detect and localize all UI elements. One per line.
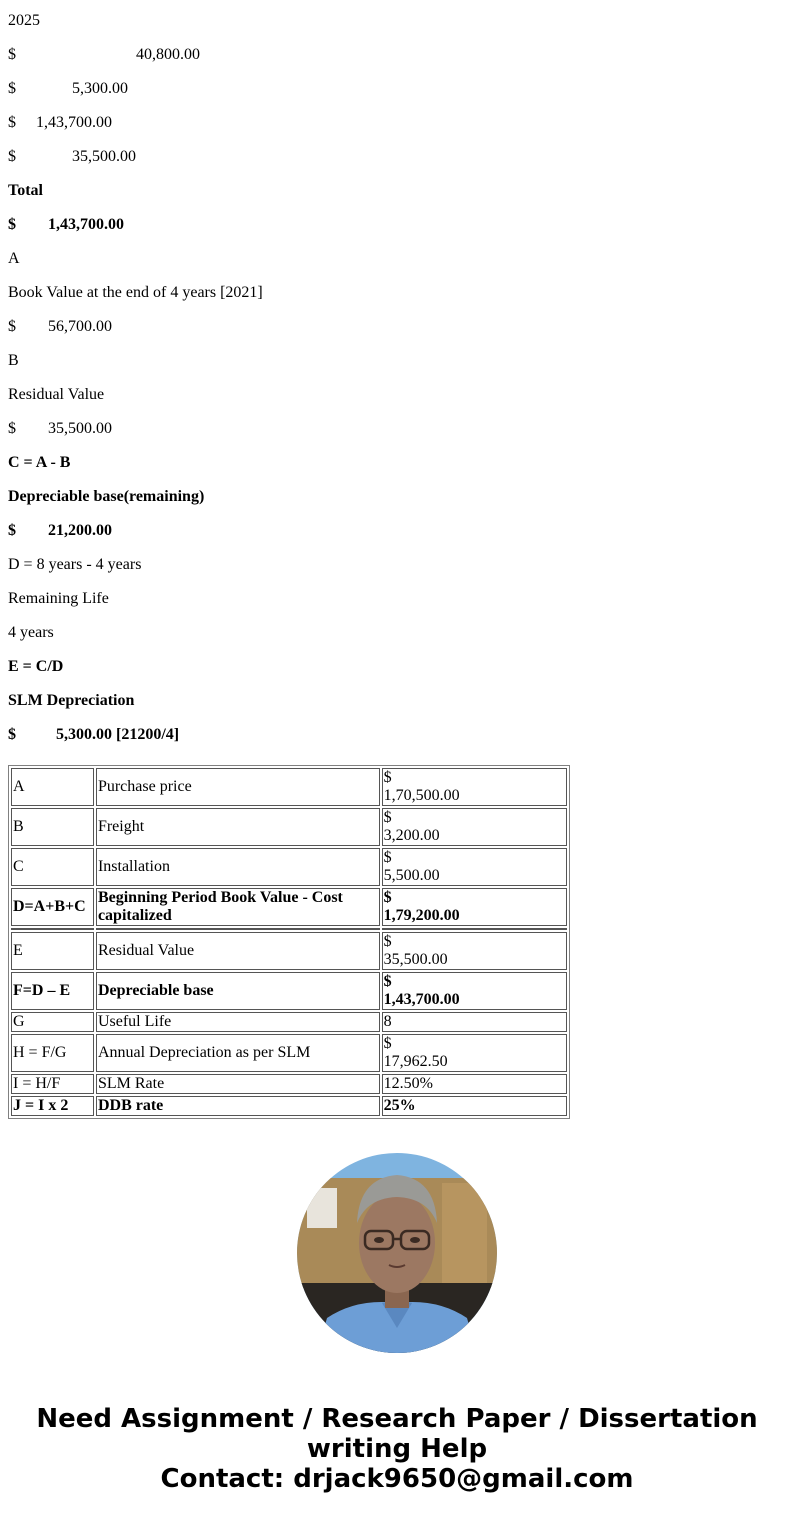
author-avatar bbox=[297, 1153, 497, 1353]
promo-line-2: writing Help bbox=[0, 1434, 794, 1464]
row-value: $17,962.50 bbox=[382, 1034, 567, 1072]
summary-line-amount-1: $ 40,800.00 bbox=[8, 34, 786, 68]
currency-symbol: $ bbox=[384, 769, 565, 787]
row-value: 12.50% bbox=[382, 1074, 567, 1094]
summary-line-d-desc: Remaining Life bbox=[8, 578, 786, 612]
spacer bbox=[16, 726, 56, 743]
table-spacer-cell bbox=[382, 928, 567, 930]
currency-symbol: $ bbox=[8, 114, 16, 131]
table-row: F=D – EDepreciable base$1,43,700.00 bbox=[11, 972, 567, 1010]
row-value: $1,43,700.00 bbox=[382, 972, 567, 1010]
row-value: 8 bbox=[382, 1012, 567, 1032]
table-spacer-row bbox=[11, 928, 567, 930]
summary-line-d-value: 4 years bbox=[8, 612, 786, 646]
promo-line-1: Need Assignment / Research Paper / Disse… bbox=[0, 1404, 794, 1434]
person-photo-icon bbox=[297, 1153, 497, 1353]
amount-value: 3,200.00 bbox=[384, 827, 565, 845]
row-code: G bbox=[11, 1012, 94, 1032]
row-label: Annual Depreciation as per SLM bbox=[96, 1034, 380, 1072]
summary-line-total-label: Total bbox=[8, 170, 786, 204]
amount-value: 1,43,700.00 bbox=[384, 991, 565, 1009]
row-value: $5,500.00 bbox=[382, 848, 567, 886]
amount-value: 56,700.00 bbox=[48, 318, 112, 335]
row-label: SLM Rate bbox=[96, 1074, 380, 1094]
row-code: B bbox=[11, 808, 94, 846]
summary-line-amount-4: $ 35,500.00 bbox=[8, 136, 786, 170]
depreciation-table: APurchase price$1,70,500.00BFreight$3,20… bbox=[8, 765, 570, 1119]
currency-symbol: $ bbox=[8, 726, 16, 743]
currency-symbol: $ bbox=[8, 420, 16, 437]
currency-symbol: $ bbox=[384, 809, 565, 827]
summary-line-c-label: C = A - B bbox=[8, 442, 786, 476]
row-label: Freight bbox=[96, 808, 380, 846]
summary-line-amount-3: $ 1,43,700.00 bbox=[8, 102, 786, 136]
currency-symbol: $ bbox=[8, 216, 16, 233]
spacer bbox=[16, 46, 136, 63]
currency-symbol: $ bbox=[384, 933, 565, 951]
table-row: CInstallation$5,500.00 bbox=[11, 848, 567, 886]
promo-contact: Contact: drjack9650@gmail.com bbox=[0, 1464, 794, 1494]
currency-symbol: $ bbox=[384, 1035, 565, 1053]
table-row: APurchase price$1,70,500.00 bbox=[11, 768, 567, 806]
amount-value: 35,500.00 bbox=[72, 148, 136, 165]
spacer bbox=[16, 318, 48, 335]
currency-symbol: $ bbox=[8, 80, 16, 97]
summary-line-e-label: E = C/D bbox=[8, 646, 786, 680]
amount-value: 5,300.00 bbox=[72, 80, 128, 97]
summary-line-a-value: $ 56,700.00 bbox=[8, 306, 786, 340]
amount-value: 35,500.00 bbox=[384, 951, 565, 969]
row-value: $1,70,500.00 bbox=[382, 768, 567, 806]
row-value: 25% bbox=[382, 1096, 567, 1116]
row-label: Depreciable base bbox=[96, 972, 380, 1010]
promo-banner: Need Assignment / Research Paper / Disse… bbox=[0, 1404, 794, 1494]
summary-lines: 2025$ 40,800.00$ 5,300.00$ 1,43,700.00$ … bbox=[8, 0, 786, 748]
currency-symbol: $ bbox=[8, 522, 16, 539]
table-row: I = H/FSLM Rate12.50% bbox=[11, 1074, 567, 1094]
summary-line-a-label: A bbox=[8, 238, 786, 272]
amount-value: 12.50% bbox=[384, 1075, 565, 1093]
amount-value: 8 bbox=[384, 1013, 565, 1031]
currency-symbol: $ bbox=[8, 318, 16, 335]
row-label: Beginning Period Book Value - Cost capit… bbox=[96, 888, 380, 926]
row-value: $1,79,200.00 bbox=[382, 888, 567, 926]
summary-line-total-value: $ 1,43,700.00 bbox=[8, 204, 786, 238]
table-row: D=A+B+CBeginning Period Book Value - Cos… bbox=[11, 888, 567, 926]
table-row: EResidual Value$35,500.00 bbox=[11, 932, 567, 970]
amount-value: 40,800.00 bbox=[136, 46, 200, 63]
amount-value: 21,200.00 bbox=[48, 522, 112, 539]
row-label: Purchase price bbox=[96, 768, 380, 806]
table-row: H = F/GAnnual Depreciation as per SLM$17… bbox=[11, 1034, 567, 1072]
row-label: Useful Life bbox=[96, 1012, 380, 1032]
currency-symbol: $ bbox=[384, 849, 565, 867]
summary-line-a-desc: Book Value at the end of 4 years [2021] bbox=[8, 272, 786, 306]
spacer bbox=[16, 420, 48, 437]
spacer bbox=[16, 148, 72, 165]
row-label: DDB rate bbox=[96, 1096, 380, 1116]
row-label: Residual Value bbox=[96, 932, 380, 970]
amount-value: 1,79,200.00 bbox=[384, 907, 565, 925]
row-code: H = F/G bbox=[11, 1034, 94, 1072]
document-body: 2025$ 40,800.00$ 5,300.00$ 1,43,700.00$ … bbox=[0, 0, 794, 1119]
table-row: GUseful Life8 bbox=[11, 1012, 567, 1032]
summary-line-c-desc: Depreciable base(remaining) bbox=[8, 476, 786, 510]
amount-value: 25% bbox=[384, 1097, 565, 1115]
summary-line-e-desc: SLM Depreciation bbox=[8, 680, 786, 714]
currency-symbol: $ bbox=[8, 46, 16, 63]
table-spacer-cell bbox=[11, 928, 94, 930]
spacer bbox=[16, 216, 48, 233]
spacer bbox=[16, 114, 36, 131]
summary-line-amount-2: $ 5,300.00 bbox=[8, 68, 786, 102]
row-code: F=D – E bbox=[11, 972, 94, 1010]
table-spacer-cell bbox=[96, 928, 380, 930]
row-value: $35,500.00 bbox=[382, 932, 567, 970]
row-code: A bbox=[11, 768, 94, 806]
amount-value: 1,70,500.00 bbox=[384, 787, 565, 805]
row-code: I = H/F bbox=[11, 1074, 94, 1094]
amount-value: 1,43,700.00 bbox=[36, 114, 112, 131]
currency-symbol: $ bbox=[384, 889, 565, 907]
amount-value: 35,500.00 bbox=[48, 420, 112, 437]
amount-value: 5,500.00 bbox=[384, 867, 565, 885]
summary-line-b-desc: Residual Value bbox=[8, 374, 786, 408]
amount-value: 5,300.00 [21200/4] bbox=[56, 726, 179, 743]
spacer bbox=[16, 80, 72, 97]
summary-line-c-value: $ 21,200.00 bbox=[8, 510, 786, 544]
amount-value: 17,962.50 bbox=[384, 1053, 565, 1071]
table-row: BFreight$3,200.00 bbox=[11, 808, 567, 846]
table-row: J = I x 2DDB rate25% bbox=[11, 1096, 567, 1116]
row-code: E bbox=[11, 932, 94, 970]
summary-line-year: 2025 bbox=[8, 0, 786, 34]
row-value: $3,200.00 bbox=[382, 808, 567, 846]
amount-value: 1,43,700.00 bbox=[48, 216, 124, 233]
row-code: C bbox=[11, 848, 94, 886]
row-code: D=A+B+C bbox=[11, 888, 94, 926]
currency-symbol: $ bbox=[8, 148, 16, 165]
summary-line-d-label: D = 8 years - 4 years bbox=[8, 544, 786, 578]
summary-line-e-value: $ 5,300.00 [21200/4] bbox=[8, 714, 786, 748]
row-code: J = I x 2 bbox=[11, 1096, 94, 1116]
currency-symbol: $ bbox=[384, 973, 565, 991]
spacer bbox=[16, 522, 48, 539]
summary-line-b-value: $ 35,500.00 bbox=[8, 408, 786, 442]
summary-line-b-label: B bbox=[8, 340, 786, 374]
row-label: Installation bbox=[96, 848, 380, 886]
